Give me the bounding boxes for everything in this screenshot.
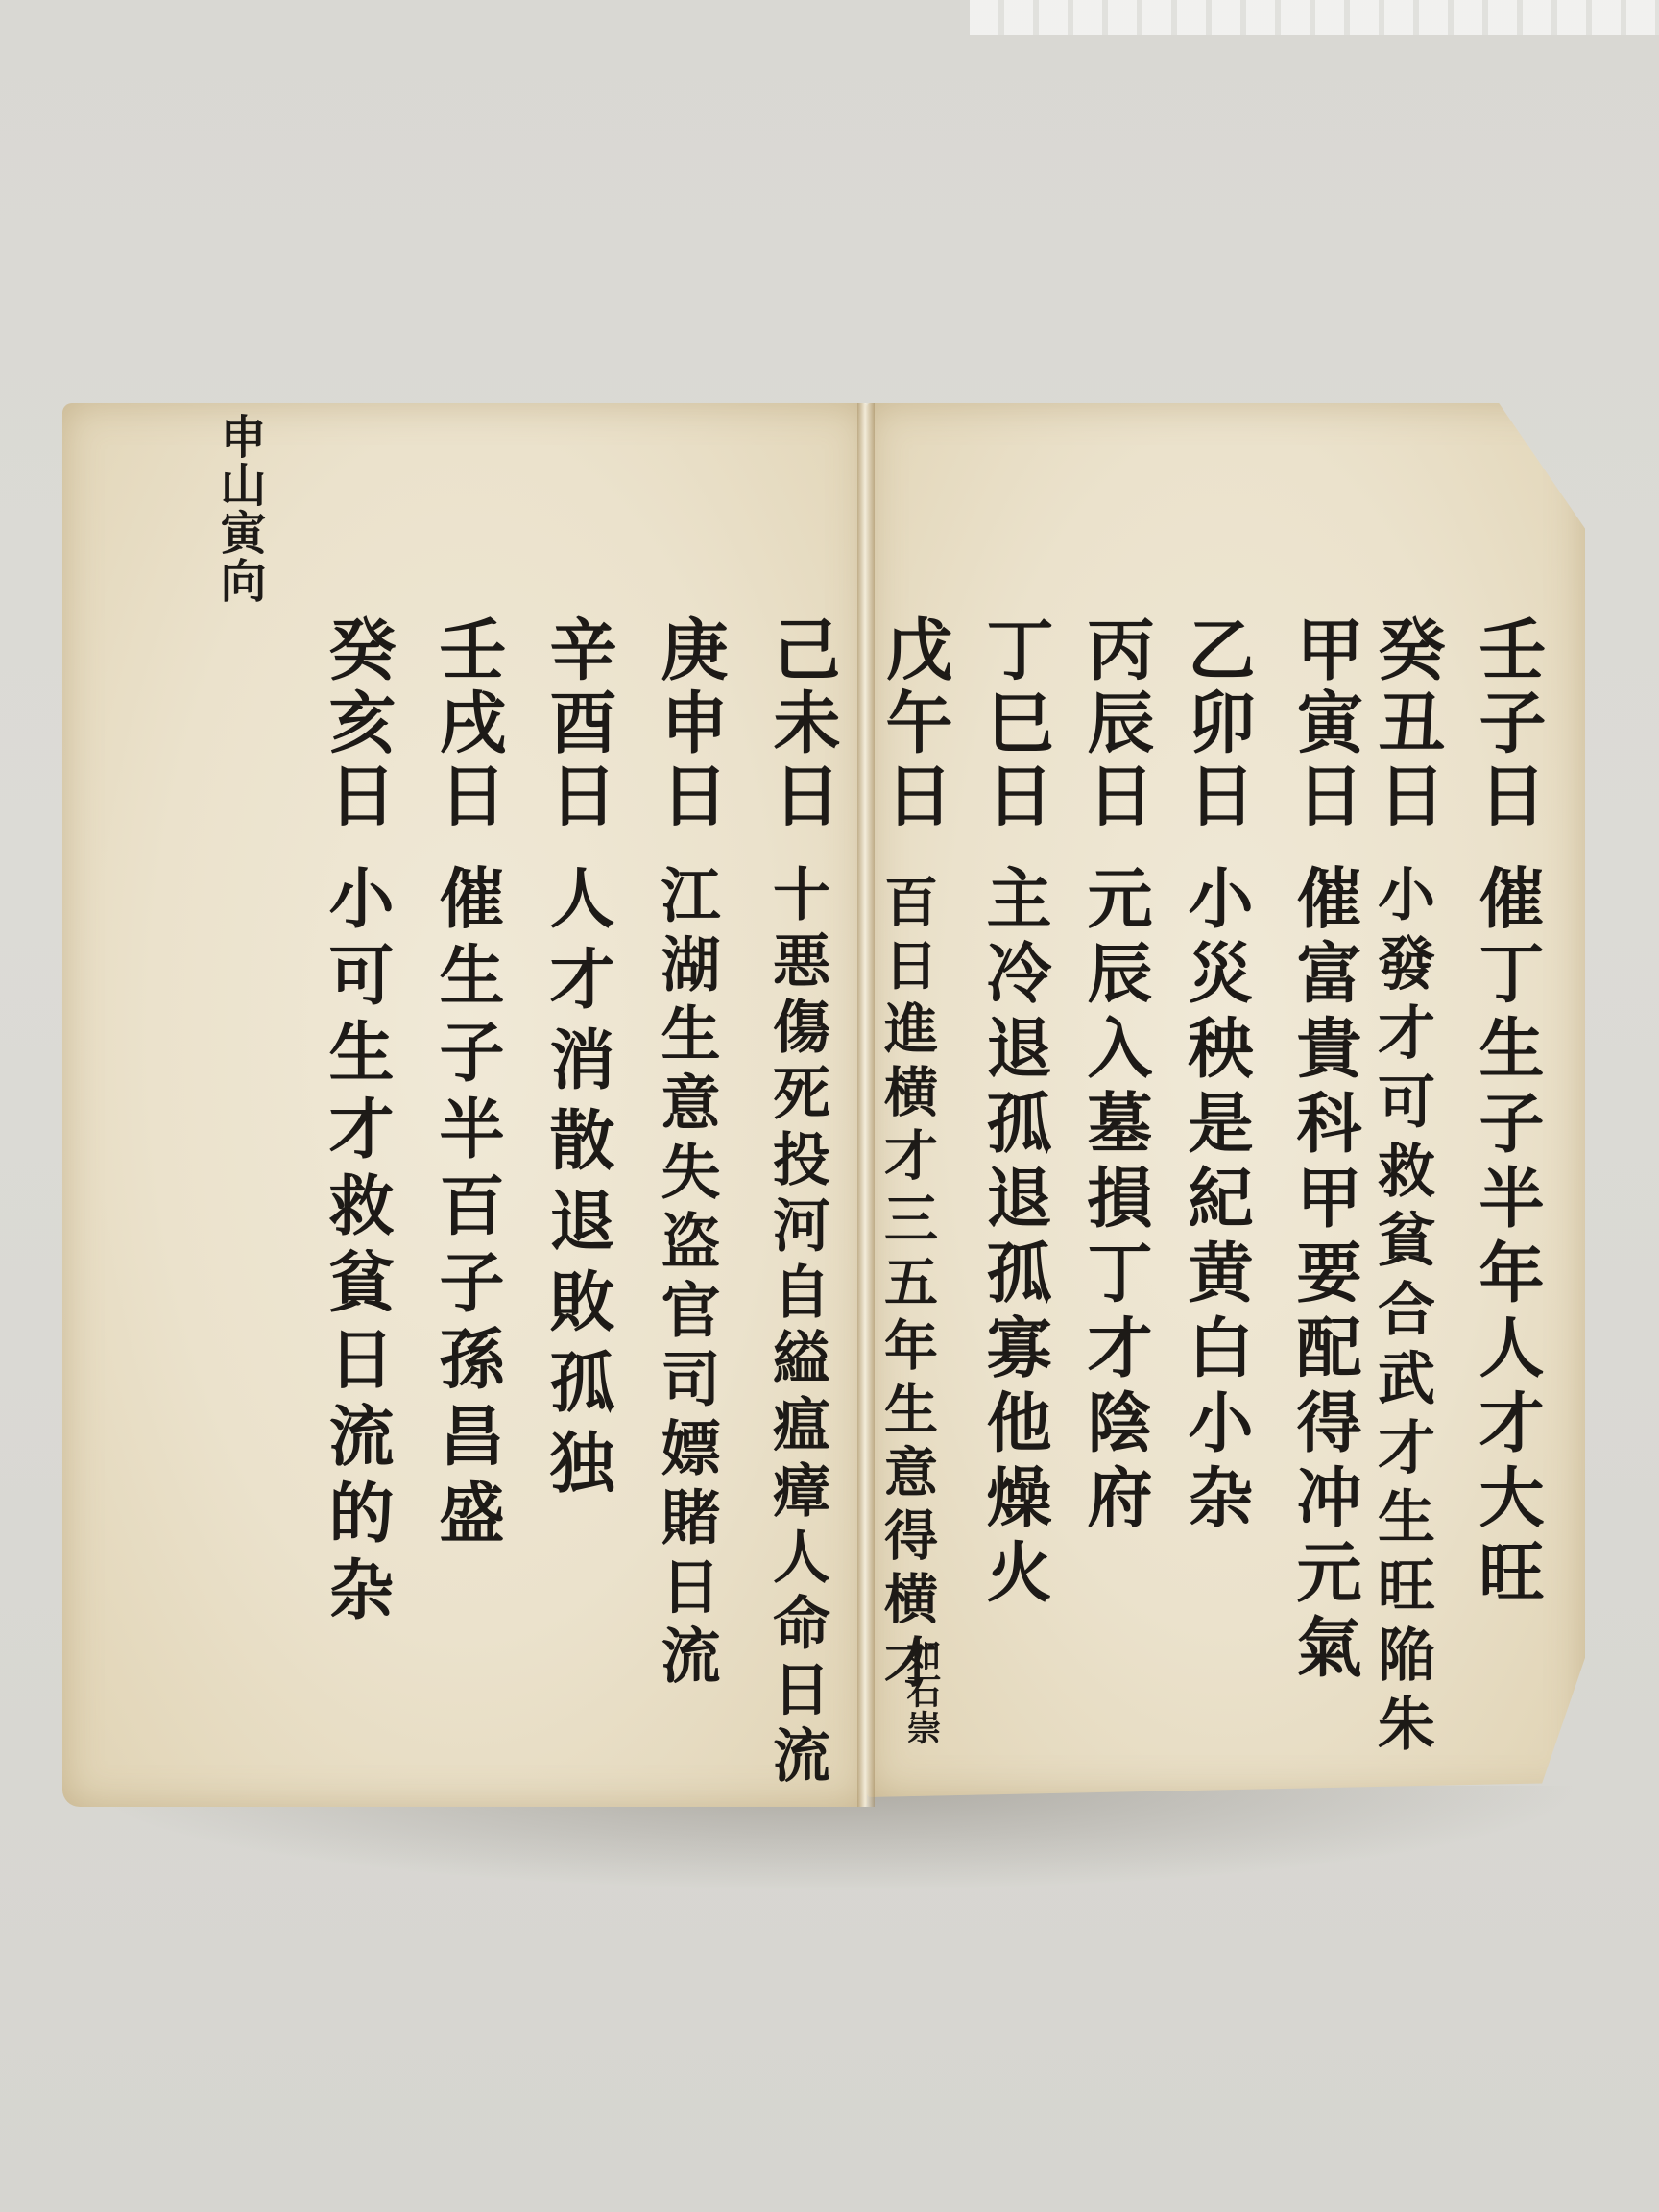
entry-annotation: 如石崇 — [898, 1637, 947, 1746]
entry-text: 主冷退孤退孤寡他燥火 — [981, 864, 1046, 1613]
entry-text: 催丁生子半年人才大旺 — [1474, 864, 1539, 1613]
entry-day: 壬戌日 — [434, 614, 501, 833]
entry-text: 小災秧是紀黄白小杂 — [1183, 864, 1248, 1538]
entry-text: 十悪傷死投河自縊瘟瘴人命日流 — [768, 864, 826, 1791]
entry-day: 戊午日 — [880, 614, 948, 833]
entry-text: 催生子半百子孫昌盛 — [434, 864, 499, 1555]
entry-day: 己未日 — [768, 614, 835, 833]
entry-text: 小發才可救貧合武才生旺陥朱 — [1373, 864, 1431, 1763]
manuscript-title: 申山寅向 — [216, 413, 262, 605]
entry-text: 百日進横才三五年生意得横才 — [880, 874, 934, 1697]
window-reflection — [970, 0, 1659, 35]
entry-day: 辛酉日 — [544, 614, 612, 833]
entry-day: 乙卯日 — [1183, 614, 1250, 833]
entry-text: 元辰入墓損丁才陰府 — [1082, 864, 1147, 1538]
entry-day: 癸丑日 — [1373, 614, 1440, 833]
entry-day: 丁巳日 — [981, 614, 1048, 833]
entry-day: 壬子日 — [1474, 614, 1541, 833]
book-spine-gutter — [857, 403, 875, 1807]
entry-day: 丙辰日 — [1082, 614, 1149, 833]
entry-day: 甲寅日 — [1291, 614, 1358, 833]
entry-day: 癸亥日 — [324, 614, 391, 833]
entry-day: 庚申日 — [656, 614, 723, 833]
entry-text: 江湖生意失盗官司嫖賭日流 — [656, 864, 715, 1694]
entry-text: 催富貴科甲要配得冲元氣 — [1291, 864, 1357, 1688]
entry-text: 小可生才救貧日流的杂 — [324, 864, 389, 1632]
entry-text: 人才消散退敗孤独 — [544, 864, 610, 1509]
